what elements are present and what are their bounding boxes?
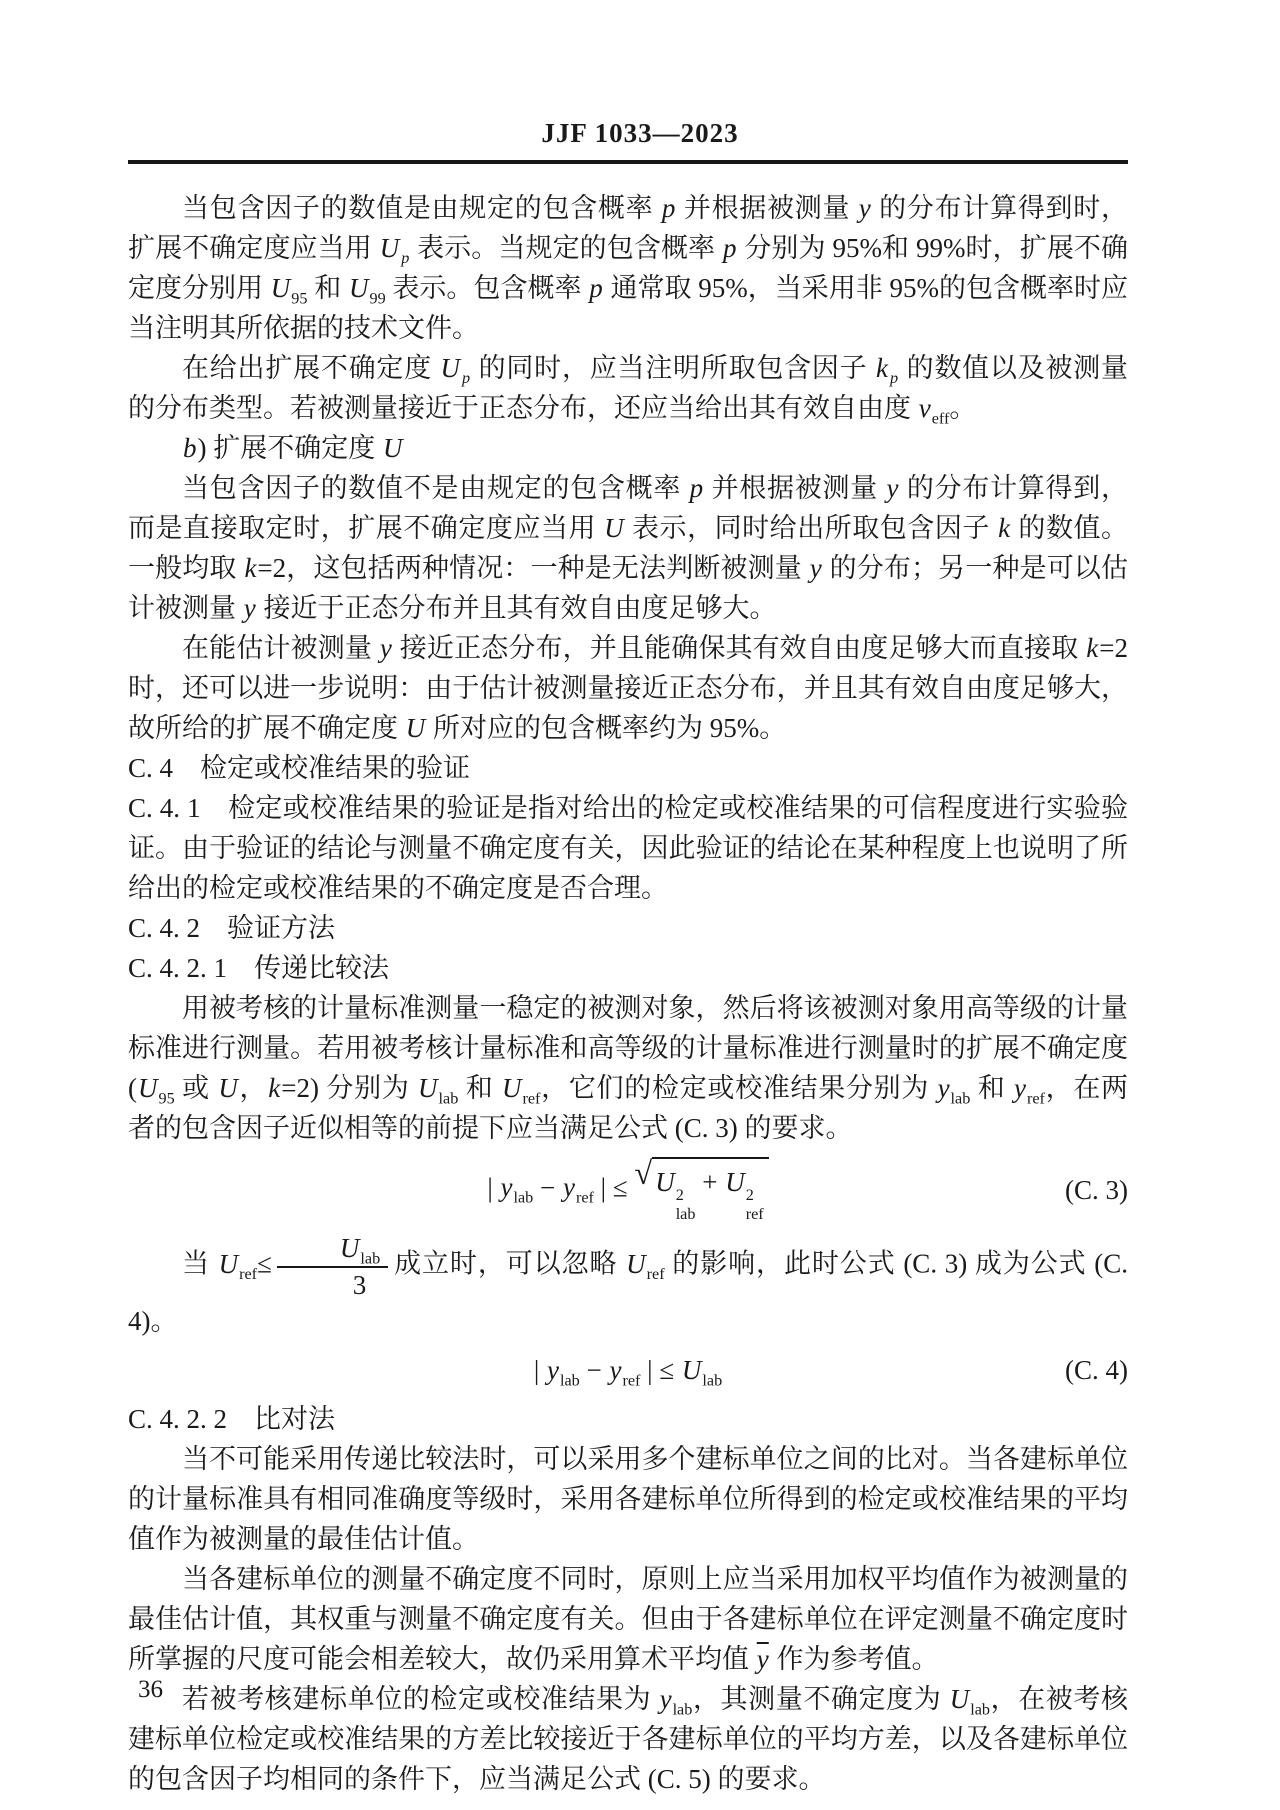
text-run: ，其测量不确定度为 [692, 1684, 948, 1714]
inline-fraction: Ulab3 [277, 1232, 388, 1301]
subscript: lab [360, 1250, 380, 1268]
section-heading: C. 4. 2. 1 传递比较法 [128, 948, 1128, 988]
math-variable: k [267, 1073, 281, 1103]
subscript: lab [970, 1700, 990, 1718]
formula-label: (C. 4) [1065, 1350, 1128, 1390]
subscript: ref [522, 1089, 540, 1107]
text-run: | ≤ [594, 1172, 634, 1202]
math-variable: U [654, 1167, 676, 1197]
subscript: lab [702, 1371, 722, 1389]
subscript: lab [951, 1089, 971, 1107]
math-variable: p [722, 233, 738, 263]
text-run: 接近于正态分布并且其有效自由度足够大。 [257, 593, 777, 623]
text-run: 或 [175, 1073, 218, 1103]
subscript: 99 [369, 289, 385, 307]
text-run: 接近正态分布，并且能确保其有效自由度足够大而直接取 [393, 633, 1085, 663]
math-variable: k [1085, 633, 1099, 663]
section-heading: C. 4 检定或校准结果的验证 [128, 748, 1128, 788]
header-rule [128, 160, 1128, 164]
math-variable: y [562, 1172, 576, 1202]
math-variable: U [681, 1355, 703, 1385]
math-variable: U [270, 273, 292, 303]
section-heading: C. 4. 2. 2 比对法 [128, 1399, 1128, 1439]
text-run: 若被考核建标单位的检定或校准结果为 [182, 1684, 659, 1714]
text-run: + [695, 1167, 724, 1197]
paragraph: 当包含因子的数值不是由规定的包含概率 p 并根据被测量 y 的分布计算得到，而是… [128, 468, 1128, 628]
text-run: C. 4. 1 检定或校准结果的验证是指对给出的检定或校准结果的可信程度进行实验… [128, 793, 1128, 903]
text-run: − [580, 1355, 609, 1385]
subscript: 95 [159, 1089, 175, 1107]
paragraph: 用被考核的计量标准测量一稳定的被测对象，然后将该被测对象用高等级的计量标准进行测… [128, 988, 1128, 1148]
text-run: | [487, 1172, 499, 1202]
text-run: 并根据被测量 [676, 193, 857, 223]
math-variable: p [588, 273, 604, 303]
math-variable: y [546, 1355, 560, 1385]
text-run: − [533, 1172, 562, 1202]
subscript: 95 [291, 289, 307, 307]
text-run: 表示。包含概率 [386, 273, 589, 303]
math-variable: y [243, 593, 257, 623]
doc-number: JJF 1033—2023 [541, 118, 738, 148]
text-run: 当各建标单位的测量不确定度不同时，原则上应当采用加权平均值作为被测量的最佳估计值… [128, 1564, 1128, 1674]
formula: | ylab − yref | ≤ Ulab(C. 4) [128, 1341, 1128, 1399]
text-run: 当不可能采用传递比较法时，可以采用多个建标单位之间的比对。当各建标单位的计量标准… [128, 1444, 1128, 1554]
text-run: 和 [307, 273, 348, 303]
math-variable: U [339, 1233, 361, 1263]
paragraph: 当 Uref≤Ulab3成立时，可以忽略 Uref 的影响，此时公式 (C. 3… [128, 1232, 1128, 1341]
subscript: p [400, 249, 410, 267]
text-run: 的同时，应当注明所取包含因子 [471, 353, 875, 383]
subscript: lab [560, 1371, 580, 1389]
paragraph: C. 4. 1 检定或校准结果的验证是指对给出的检定或校准结果的可信程度进行实验… [128, 788, 1128, 908]
math-variable: p [689, 473, 705, 503]
formula-body: | ylab − yref | ≤ Ulab [534, 1350, 722, 1390]
document-body: 当包含因子的数值是由规定的包含概率 p 并根据被测量 y 的分布计算得到时，扩展… [128, 188, 1128, 1799]
math-variable: U [625, 1249, 647, 1279]
math-variable: U [137, 1073, 159, 1103]
section-heading: C. 4. 2 验证方法 [128, 908, 1128, 948]
math-variable: y [1013, 1073, 1027, 1103]
formula: | ylab − yref | ≤ √U2lab + U2ref(C. 3) [128, 1148, 1128, 1232]
document-page: JJF 1033—2023 当包含因子的数值是由规定的包含概率 p 并根据被测量… [0, 0, 1280, 1810]
math-variable: y [937, 1073, 951, 1103]
text-run: 在能估计被测量 [182, 633, 379, 663]
subscript: eff [932, 409, 950, 427]
subscript: ref [1027, 1089, 1045, 1107]
text-run: C. 4. 2 验证方法 [128, 913, 335, 943]
text-run: ，它们的检定或校准结果分别为 [540, 1073, 936, 1103]
paragraph: 当不可能采用传递比较法时，可以采用多个建标单位之间的比对。当各建标单位的计量标准… [128, 1439, 1128, 1559]
subscript: ref [647, 1265, 665, 1283]
text-run: =2) 分别为 [281, 1073, 417, 1103]
paragraph: 在给出扩展不确定度 Up 的同时，应当注明所取包含因子 kp 的数值以及被测量的… [128, 348, 1128, 428]
text-run: | [534, 1355, 546, 1385]
text-run: ) 扩展不确定度 [198, 433, 383, 463]
text-run: C. 4. 2. 1 传递比较法 [128, 953, 389, 983]
text-run: 3 [353, 1270, 367, 1300]
formula-label: (C. 3) [1065, 1170, 1128, 1210]
math-variable: U [440, 353, 462, 383]
math-variable: U [348, 273, 370, 303]
math-variable: y [499, 1172, 513, 1202]
math-variable: k [997, 513, 1011, 543]
math-variable: y [379, 633, 393, 663]
math-variable: U [949, 1684, 971, 1714]
math-variable: U [405, 713, 427, 743]
math-variable: y [756, 1644, 770, 1674]
formula-body: | ylab − yref | ≤ √U2lab + U2ref [487, 1157, 768, 1223]
text-run: 并根据被测量 [704, 473, 885, 503]
math-variable: U [417, 1073, 439, 1103]
text-run: 作为参考值。 [770, 1644, 939, 1674]
subscript: ref [239, 1265, 257, 1283]
subscript: ref [622, 1371, 640, 1389]
math-variable: b [182, 433, 198, 463]
text-run: =2，这包括两种情况：一种是无法判断被测量 [257, 553, 808, 583]
text-run: 当包含因子的数值是由规定的包含概率 [182, 193, 661, 223]
text-run: C. 4 检定或校准结果的验证 [128, 753, 470, 783]
math-variable: U [382, 433, 404, 463]
paragraph: 若被考核建标单位的检定或校准结果为 ylab，其测量不确定度为 Ulab，在被考… [128, 1679, 1128, 1799]
subscript: p [889, 369, 899, 387]
text-run: 和 [458, 1073, 501, 1103]
text-run: 。 [949, 393, 976, 423]
text-run: 当包含因子的数值不是由规定的包含概率 [182, 473, 689, 503]
math-variable: U [724, 1167, 746, 1197]
page-header: JJF 1033—2023 [0, 118, 1280, 149]
math-variable: p [661, 193, 677, 223]
math-variable: y [659, 1684, 673, 1714]
math-variable: ν [918, 393, 932, 423]
text-run: ≤ [257, 1249, 272, 1279]
paragraph: 在能估计被测量 y 接近正态分布，并且能确保其有效自由度足够大而直接取 k=2 … [128, 628, 1128, 748]
math-variable: y [608, 1355, 622, 1385]
math-variable: y [885, 473, 899, 503]
text-run: 表示，同时给出所取包含因子 [625, 513, 997, 543]
text-run: 和 [970, 1073, 1013, 1103]
text-run: 成立时，可以忽略 [393, 1249, 625, 1279]
math-variable: U [218, 1249, 240, 1279]
text-run: 所对应的包含概率约为 95%。 [426, 713, 786, 743]
text-run: | ≤ [640, 1355, 680, 1385]
math-variable: U [501, 1073, 523, 1103]
sup-sub-stack: 2lab [676, 1186, 696, 1223]
text-run: 在给出扩展不确定度 [182, 353, 440, 383]
paragraph: 当各建标单位的测量不确定度不同时，原则上应当采用加权平均值作为被测量的最佳估计值… [128, 1559, 1128, 1679]
math-variable: k [875, 353, 889, 383]
paragraph: b) 扩展不确定度 U [128, 428, 1128, 468]
math-variable: y [809, 553, 823, 583]
text-run: C. 4. 2. 2 比对法 [128, 1404, 335, 1434]
text-run: 当 [182, 1249, 218, 1279]
paragraph: 当包含因子的数值是由规定的包含概率 p 并根据被测量 y 的分布计算得到时，扩展… [128, 188, 1128, 348]
math-variable: U [217, 1073, 239, 1103]
subscript: lab [439, 1089, 459, 1107]
sup-sub-stack: 2ref [746, 1186, 764, 1223]
subscript: lab [513, 1189, 533, 1207]
subscript: ref [576, 1189, 594, 1207]
text-run: ， [239, 1073, 267, 1103]
subscript: p [461, 369, 471, 387]
math-variable: U [379, 233, 401, 263]
math-variable: k [243, 553, 257, 583]
text-run: 表示。当规定的包含概率 [410, 233, 722, 263]
math-variable: U [603, 513, 625, 543]
math-variable: y [858, 193, 872, 223]
subscript: lab [673, 1700, 693, 1718]
page-number: 36 [138, 1676, 163, 1704]
square-root: √U2lab + U2ref [634, 1157, 768, 1223]
